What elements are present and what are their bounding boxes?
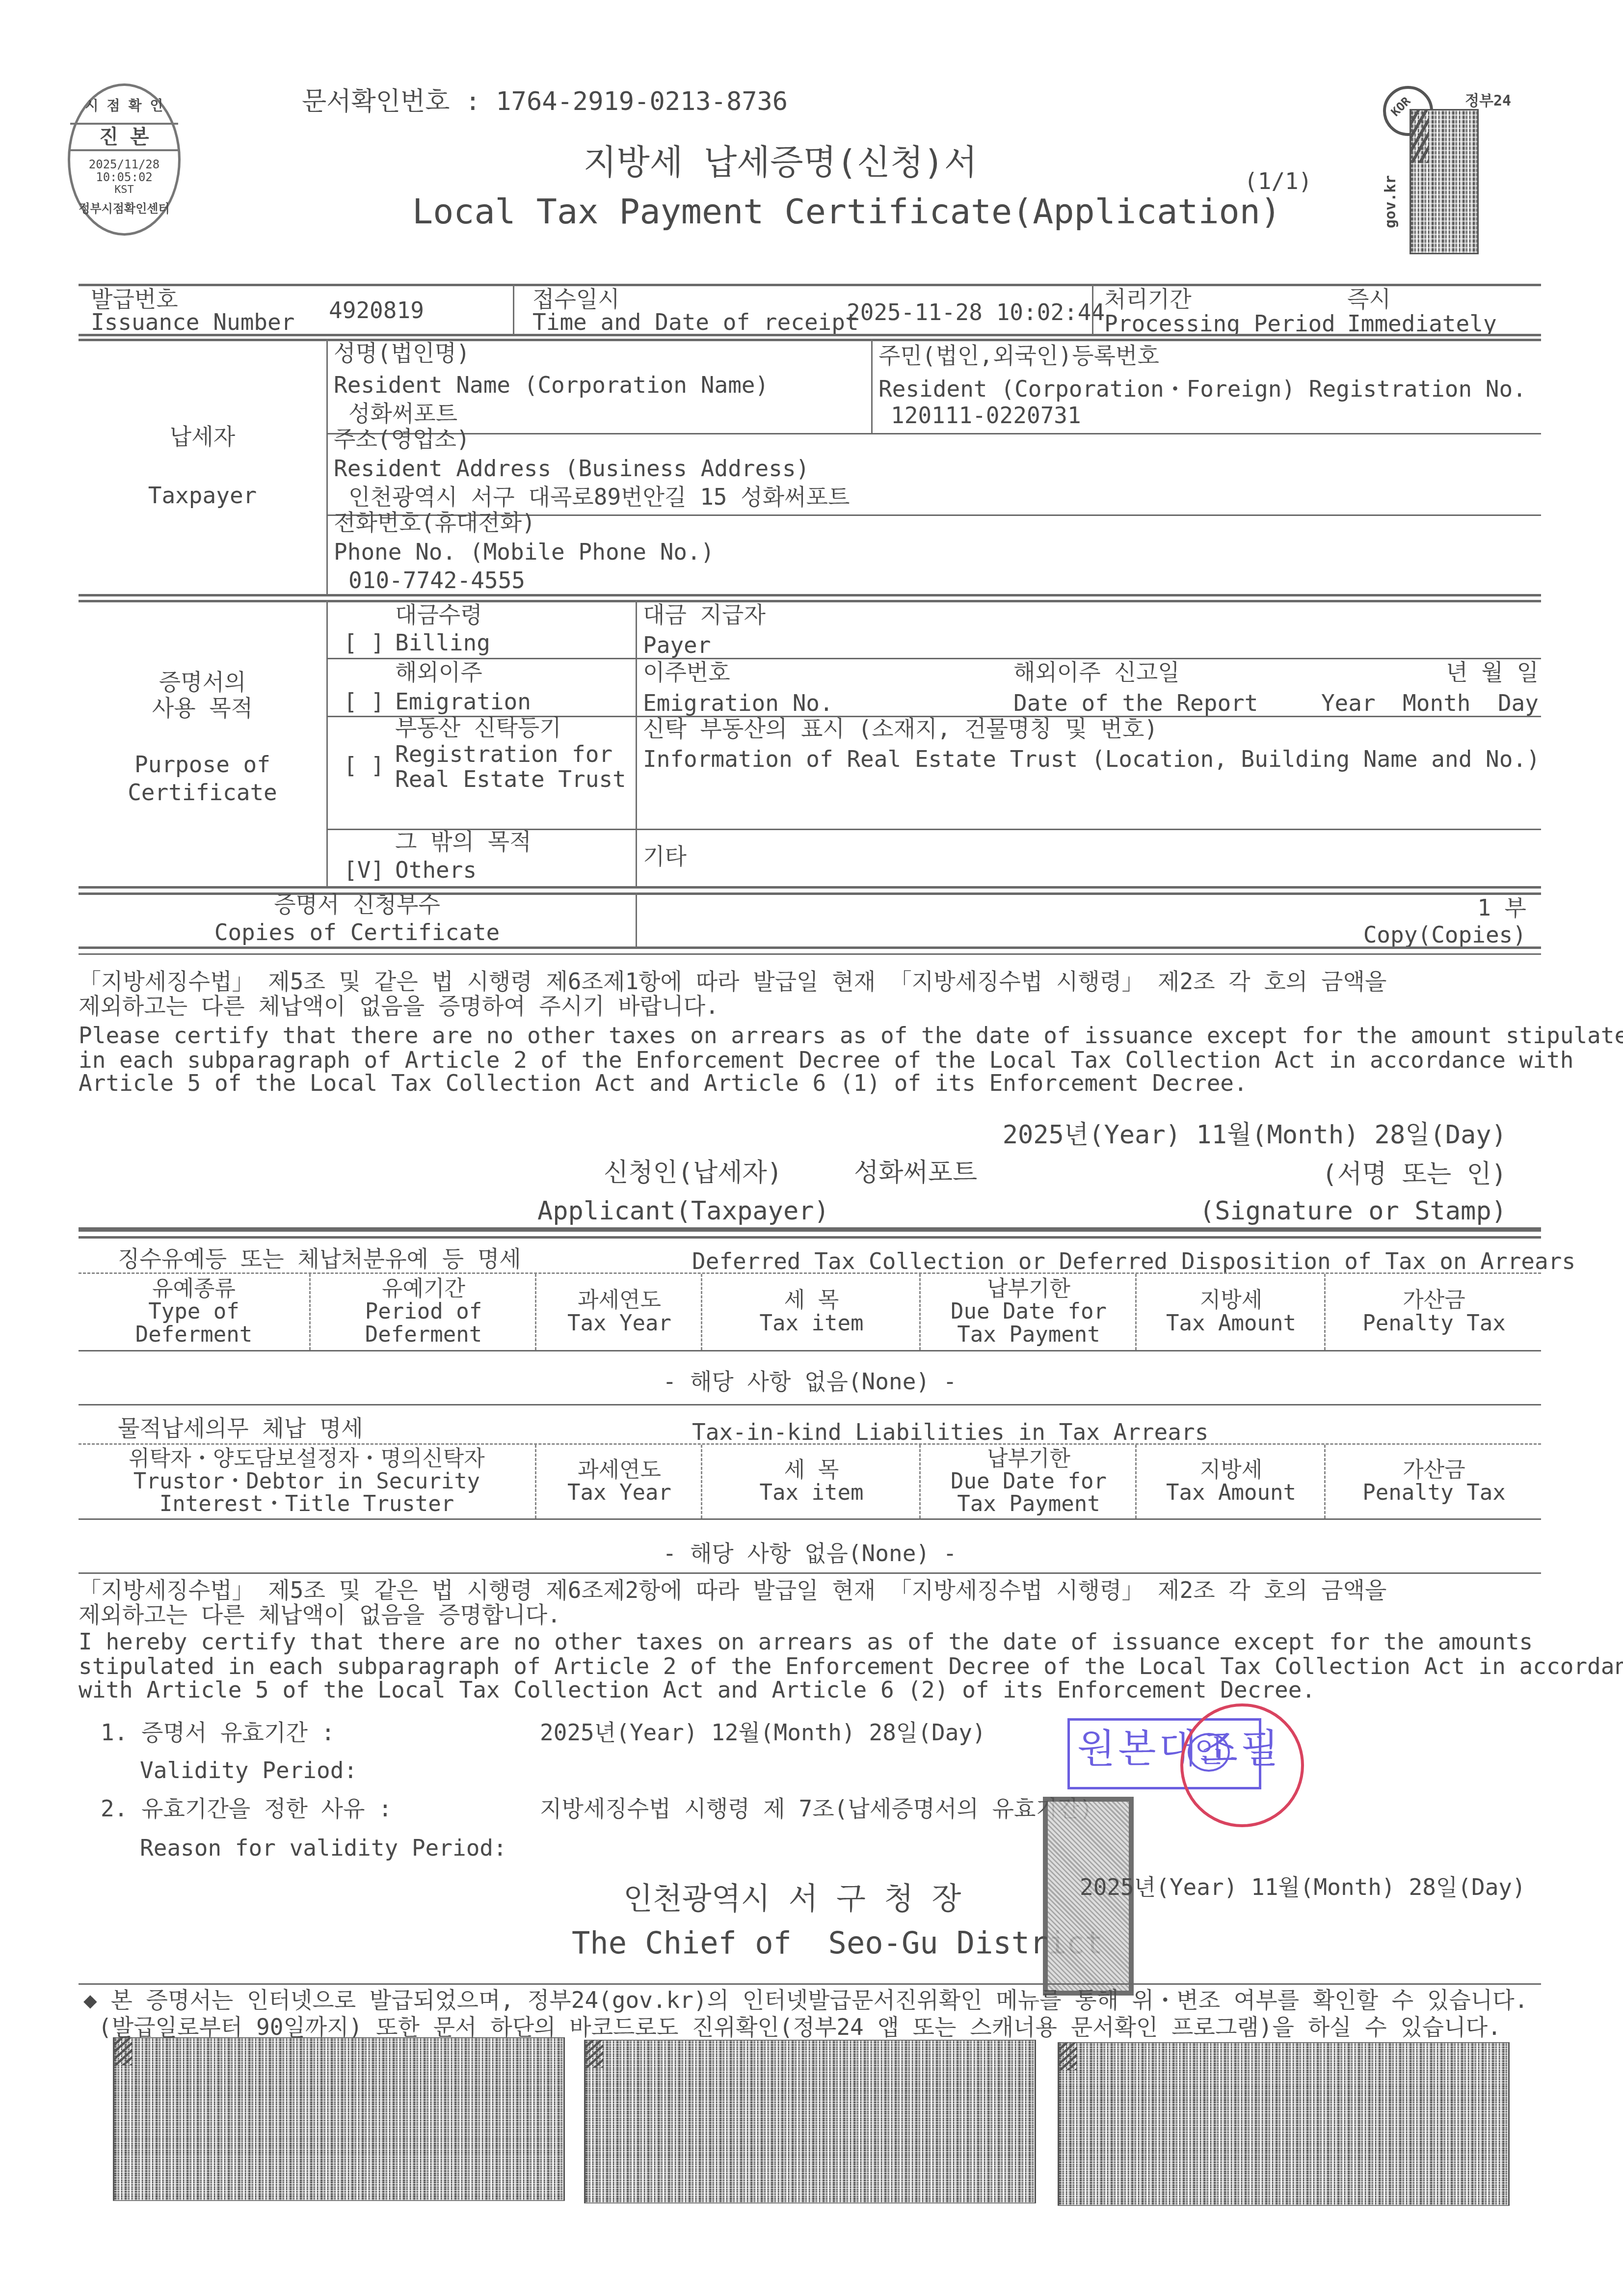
name-label-ko: 성명(법인명) bbox=[334, 341, 470, 365]
inkind-column-1: 과세연도Tax Year bbox=[535, 1445, 702, 1518]
phone-label-en: Phone No. (Mobile Phone No.) bbox=[334, 540, 714, 564]
reason-value: 지방세징수법 시행령 제 7조(납세증명서의 유효기간) bbox=[540, 1797, 1093, 1820]
verification-stamp: 시 점 확 인 진 본 2025/11/28 10:05:02 KST 정부시점… bbox=[68, 83, 181, 236]
inkind-column-en: Tax item bbox=[702, 1482, 921, 1504]
registration-label-ko: 주민(법인,외국인)등록번호 bbox=[878, 344, 1159, 367]
taxpayer-phone: 010-7742-4555 bbox=[348, 568, 525, 592]
deferred-title-en: Deferred Tax Collection or Deferred Disp… bbox=[692, 1249, 1575, 1273]
trust-label-ko: 부동산 신탁등기 bbox=[395, 716, 561, 739]
inkind-column-en: Due Date for Tax Payment bbox=[921, 1470, 1137, 1515]
certify-text-en-1: I hereby certify that there are no other… bbox=[79, 1630, 1533, 1653]
trust-info-label-en: Information of Real Estate Trust (Locati… bbox=[643, 747, 1540, 771]
inkind-column-3: 납부기한Due Date for Tax Payment bbox=[919, 1445, 1137, 1518]
trust-label-en-2: Real Estate Trust bbox=[395, 767, 626, 791]
issuance-label-ko: 발급번호 bbox=[91, 287, 178, 311]
taxpayer-section-en: Taxpayer bbox=[79, 484, 326, 507]
registration-number: 120111-0220731 bbox=[891, 404, 1081, 427]
applicant-label-en: Applicant(Taxpayer) bbox=[537, 1198, 829, 1225]
reason-label-ko: 2. 유효기간을 정한 사유 : bbox=[101, 1797, 392, 1820]
request-text-en-3: Article 5 of the Local Tax Collection Ac… bbox=[79, 1071, 1248, 1095]
inkind-column-2: 세 목Tax item bbox=[701, 1445, 921, 1518]
bottom-barcode-3 bbox=[1058, 2042, 1510, 2206]
emigration-checkbox[interactable]: [ ] bbox=[344, 690, 384, 713]
signature-label-en: (Signature or Stamp) bbox=[1129, 1198, 1507, 1225]
deferred-column-6: 가산금Penalty Tax bbox=[1324, 1274, 1543, 1350]
address-label-ko: 주소(영업소) bbox=[334, 427, 470, 451]
inkind-column-ko: 세 목 bbox=[702, 1459, 921, 1482]
registration-label-en: Resident (Corporation・Foreign) Registrat… bbox=[878, 377, 1526, 401]
inkind-column-ko: 지방세 bbox=[1137, 1459, 1326, 1482]
certify-text-en-3: with Article 5 of the Local Tax Collecti… bbox=[79, 1678, 1315, 1702]
inkind-column-en: Penalty Tax bbox=[1326, 1482, 1543, 1504]
deferred-column-en: Type of Deferment bbox=[79, 1300, 309, 1346]
taxpayer-section-ko: 납세자 bbox=[79, 425, 326, 448]
deferred-column-ko: 지방세 bbox=[1137, 1289, 1326, 1312]
ymd-label-ko: 년 월 일 bbox=[1276, 660, 1539, 684]
stamp-tz: KST bbox=[70, 184, 178, 195]
processing-label-en: Processing Period bbox=[1104, 312, 1335, 335]
seal-label: 인 bbox=[1188, 1733, 1230, 1772]
stamp-center: 진 본 bbox=[70, 123, 178, 151]
report-date-label-en: Date of the Report bbox=[1013, 691, 1258, 715]
purpose-section-en-2: Certificate bbox=[79, 781, 326, 804]
copies-value-en: Copy(Copies) bbox=[1227, 923, 1526, 946]
inkind-column-0: 위탁자・양도담보설정자・명의신탁자Trustor・Debtor in Secur… bbox=[79, 1445, 535, 1518]
emigration-no-label-en: Emigration No. bbox=[643, 691, 833, 715]
address-label-en: Resident Address (Business Address) bbox=[334, 457, 809, 480]
deferred-column-0: 유예종류Type of Deferment bbox=[79, 1274, 309, 1350]
issuance-label-en: Issuance Number bbox=[91, 310, 294, 334]
purpose-section-ko-2: 사용 목적 bbox=[79, 696, 326, 720]
deferred-column-4: 납부기한Due Date for Tax Payment bbox=[919, 1274, 1137, 1350]
validity-label-en: Validity Period: bbox=[140, 1758, 357, 1782]
inkind-column-4: 지방세Tax Amount bbox=[1135, 1445, 1326, 1518]
stamp-date: 2025/11/28 bbox=[70, 159, 178, 171]
deferred-column-1: 유예기간Period of Deferment bbox=[309, 1274, 536, 1350]
signature-label-ko: (서명 또는 인) bbox=[1178, 1161, 1507, 1188]
inkind-column-5: 가산금Penalty Tax bbox=[1324, 1445, 1543, 1518]
deferred-column-en: Tax item bbox=[702, 1312, 921, 1335]
processing-label-ko: 처리기간 bbox=[1104, 287, 1192, 311]
inkind-column-ko: 가산금 bbox=[1326, 1459, 1543, 1482]
purpose-section-en-1: Purpose of bbox=[79, 753, 326, 776]
certify-text-ko-2: 제외하고는 다른 체납액이 없음을 증명합니다. bbox=[79, 1603, 561, 1626]
page-title-en: Local Tax Payment Certificate(Applicatio… bbox=[412, 194, 1148, 230]
deferred-table-header: 유예종류Type of Deferment유예기간Period of Defer… bbox=[79, 1274, 1541, 1350]
trust-info-label-ko: 신탁 부동산의 표시 (소재지, 건물명칭 및 번호) bbox=[643, 717, 1158, 740]
trust-label-en-1: Registration for bbox=[395, 742, 612, 766]
inkind-column-ko: 위탁자・양도담보설정자・명의신탁자 bbox=[79, 1448, 535, 1470]
deferred-title-ko: 징수유예등 또는 체납처분유예 등 명세 bbox=[118, 1247, 521, 1270]
top-2d-barcode bbox=[1410, 109, 1479, 254]
deferred-column-en: Period of Deferment bbox=[311, 1300, 536, 1346]
deferred-column-5: 지방세Tax Amount bbox=[1135, 1274, 1326, 1350]
document-confirmation-number: 문서확인번호 : 1764-2919-0213-8736 bbox=[302, 88, 788, 115]
applicant-name: 성화써포트 bbox=[854, 1160, 977, 1187]
deferred-column-2: 과세연도Tax Year bbox=[535, 1274, 702, 1350]
stamp-bottom-arc: 정부시점확인센터 bbox=[70, 203, 178, 215]
issuer-name-ko: 인천광역시 서 구 청 장 bbox=[623, 1883, 961, 1915]
payer-label-ko: 대금 지급자 bbox=[643, 603, 766, 626]
receipt-label-ko: 접수일시 bbox=[532, 287, 620, 311]
request-text-ko-1: 「지방세징수법」 제5조 및 같은 법 시행령 제6조제1항에 따라 발급일 현… bbox=[79, 970, 1386, 993]
stamp-time: 10:05:02 bbox=[70, 171, 178, 184]
copies-label-en: Copies of Certificate bbox=[79, 920, 636, 944]
processing-value-en: Immediately bbox=[1347, 312, 1497, 335]
validity-value: 2025년(Year) 12월(Month) 28일(Day) bbox=[540, 1721, 986, 1744]
receipt-label-en: Time and Date of receipt bbox=[532, 310, 859, 334]
others-label-ko: 그 밖의 목적 bbox=[395, 830, 532, 853]
trust-checkbox[interactable]: [ ] bbox=[344, 754, 384, 777]
inkind-empty-text: - 해당 사항 없음(None) - bbox=[79, 1541, 1541, 1565]
name-label-en: Resident Name (Corporation Name) bbox=[334, 373, 769, 397]
deferred-column-ko: 과세연도 bbox=[536, 1289, 702, 1312]
deferred-column-ko: 가산금 bbox=[1326, 1289, 1543, 1312]
issuer-name-en: The Chief of Seo-Gu District bbox=[572, 1927, 1103, 1959]
inkind-column-en: Trustor・Debtor in Security Interest・Titl… bbox=[79, 1470, 535, 1515]
emigration-label-en: Emigration bbox=[395, 690, 531, 713]
bottom-barcode-1 bbox=[113, 2037, 565, 2201]
deferred-column-en: Due Date for Tax Payment bbox=[921, 1300, 1137, 1346]
inkind-column-ko: 과세연도 bbox=[536, 1459, 702, 1482]
receipt-datetime: 2025-11-28 10:02:44 bbox=[847, 300, 1105, 324]
deferred-column-en: Penalty Tax bbox=[1326, 1312, 1543, 1335]
report-date-label-ko: 해외이주 신고일 bbox=[1013, 660, 1180, 684]
inkind-column-en: Tax Year bbox=[536, 1482, 702, 1504]
certify-text-en-2: stipulated in each subparagraph of Artic… bbox=[79, 1654, 1623, 1678]
certify-text-ko-1: 「지방세징수법」 제5조 및 같은 법 시행령 제6조제2항에 따라 발급일 현… bbox=[79, 1578, 1386, 1602]
others-label-en: Others bbox=[395, 858, 477, 882]
copies-value-ko: 1 부 bbox=[1227, 896, 1526, 919]
copies-label-ko: 증명서 신청부수 bbox=[79, 892, 636, 916]
payer-label-en: Payer bbox=[643, 633, 711, 657]
emigration-label-ko: 해외이주 bbox=[395, 660, 482, 684]
inkind-title-en: Tax-in-kind Liabilities in Tax Arrears bbox=[692, 1420, 1208, 1444]
deferred-column-en: Tax Year bbox=[536, 1312, 702, 1335]
validity-label-ko: 1. 증명서 유효기간 : bbox=[101, 1721, 335, 1744]
deferred-column-ko: 납부기한 bbox=[921, 1278, 1137, 1300]
ymd-label-en: Year Month Day bbox=[1276, 691, 1539, 715]
page-indicator: (1/1) bbox=[1244, 169, 1312, 193]
deferred-column-en: Tax Amount bbox=[1137, 1312, 1326, 1335]
purpose-section-ko-1: 증명서의 bbox=[79, 670, 326, 694]
others-detail: 기타 bbox=[643, 844, 687, 868]
inkind-table-header: 위탁자・양도담보설정자・명의신탁자Trustor・Debtor in Secur… bbox=[79, 1445, 1541, 1518]
billing-label-ko: 대금수령 bbox=[395, 603, 482, 626]
applicant-label-ko: 신청인(납세자) bbox=[604, 1160, 782, 1187]
deferred-empty-text: - 해당 사항 없음(None) - bbox=[79, 1370, 1541, 1393]
gov-kr-label: gov.kr bbox=[1383, 175, 1399, 228]
processing-value-ko: 즉시 bbox=[1347, 287, 1391, 311]
inkind-column-en: Tax Amount bbox=[1137, 1482, 1326, 1504]
taxpayer-address: 인천광역시 서구 대곡로89번안길 15 성화써포트 bbox=[348, 485, 850, 509]
gov24-label: 정부24 bbox=[1465, 93, 1511, 109]
issuance-number: 4920819 bbox=[329, 298, 424, 322]
billing-label-en: Billing bbox=[395, 631, 490, 654]
phone-label-ko: 전화번호(휴대전화) bbox=[334, 511, 535, 534]
deferred-column-ko: 유예종류 bbox=[79, 1278, 309, 1300]
application-date: 2025년(Year) 11월(Month) 28일(Day) bbox=[785, 1122, 1507, 1149]
billing-checkbox[interactable]: [ ] bbox=[344, 631, 384, 654]
taxpayer-name: 성화써포트 bbox=[348, 402, 457, 425]
deferred-column-ko: 유예기간 bbox=[311, 1278, 536, 1300]
request-text-ko-2: 제외하고는 다른 체납액이 없음을 증명하여 주시기 바랍니다. bbox=[79, 994, 719, 1018]
bottom-barcode-2 bbox=[584, 2040, 1036, 2203]
inkind-column-ko: 납부기한 bbox=[921, 1448, 1137, 1470]
request-text-en-1: Please certify that there are no other t… bbox=[79, 1024, 1623, 1047]
request-text-en-2: in each subparagraph of Article 2 of the… bbox=[79, 1048, 1573, 1072]
others-checkbox[interactable]: [V] bbox=[344, 858, 384, 882]
stamp-top-arc: 시 점 확 인 bbox=[70, 99, 178, 113]
footer-note-1: ◆ 본 증명서는 인터넷으로 발급되었으며, 정부24(gov.kr)의 인터넷… bbox=[83, 1988, 1528, 2012]
footer-note-2: (발급일로부터 90일까지) 또한 문서 하단의 바코드로도 진위확인(정부24… bbox=[98, 2015, 1501, 2039]
deferred-column-ko: 세 목 bbox=[702, 1289, 921, 1312]
reason-label-en: Reason for validity Period: bbox=[140, 1836, 507, 1860]
inkind-title-ko: 물적납세의무 체납 명세 bbox=[118, 1416, 363, 1440]
page-title-ko: 지방세 납세증명(신청)서 bbox=[412, 145, 1148, 181]
emigration-no-label-ko: 이주번호 bbox=[643, 660, 730, 684]
issue-date: 2025년(Year) 11월(Month) 28일(Day) bbox=[1080, 1875, 1526, 1899]
deferred-column-3: 세 목Tax item bbox=[701, 1274, 921, 1350]
